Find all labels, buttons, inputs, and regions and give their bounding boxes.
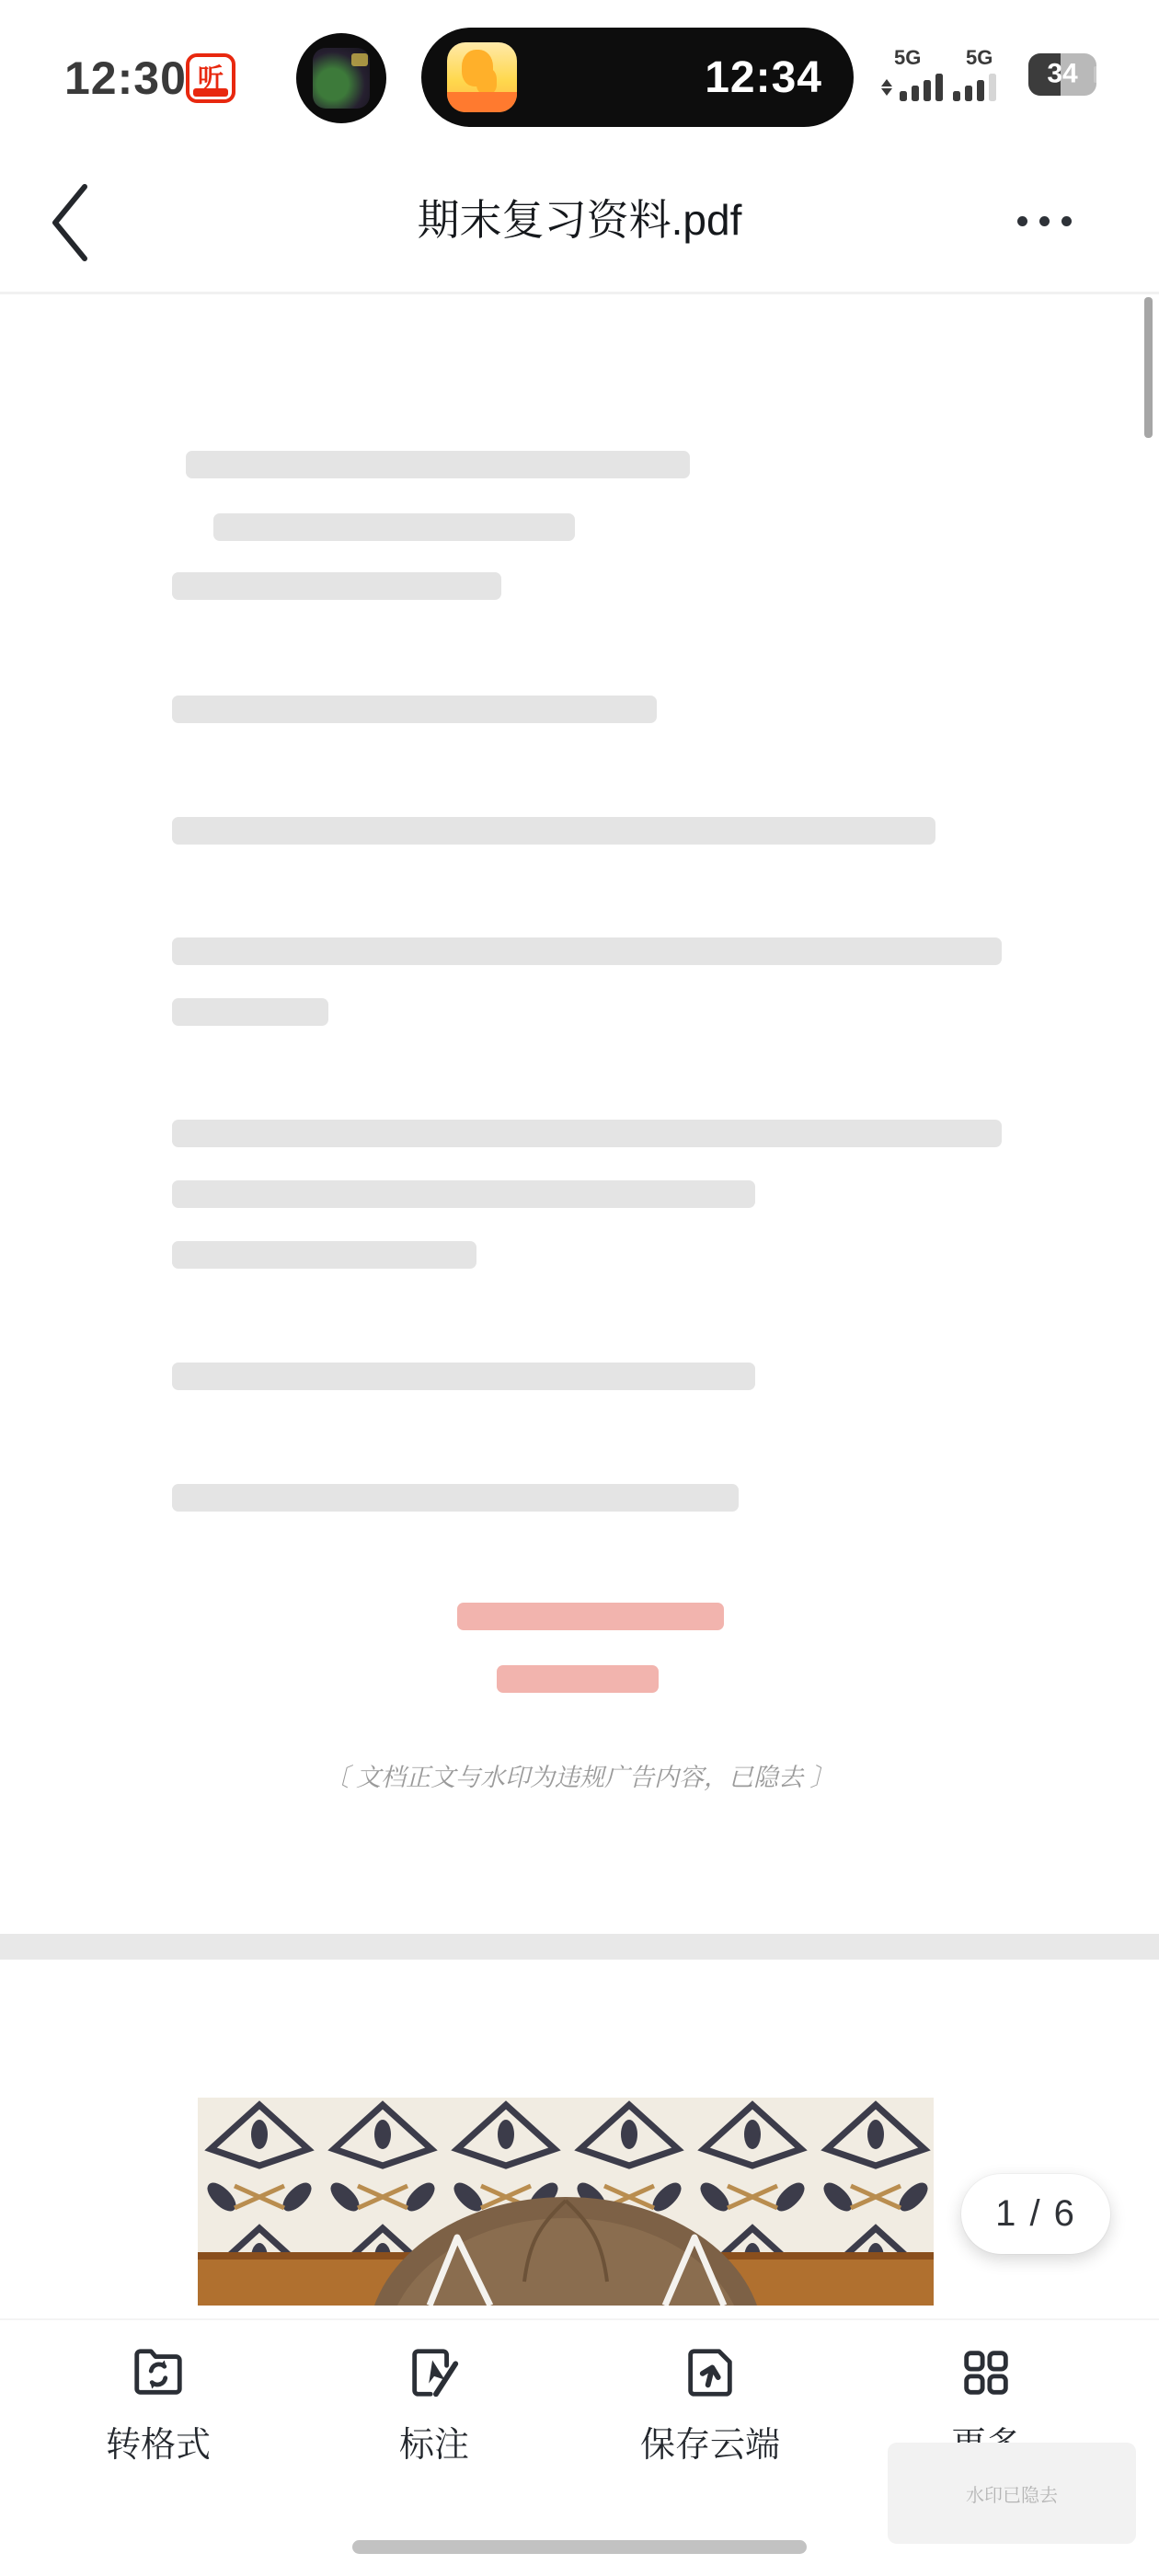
- photo-placeholder: [198, 2098, 934, 2306]
- redacted-text-line: [172, 1484, 739, 1512]
- pdf-page-2: 1 / 6: [0, 1960, 1159, 2318]
- redacted-text-line: [172, 1241, 476, 1269]
- toolbar-label: 标注: [399, 2416, 469, 2467]
- listen-app-status-icon: 听: [186, 53, 235, 103]
- notification-app-avatar[interactable]: [296, 33, 386, 123]
- save-cloud-icon: [682, 2344, 739, 2401]
- toolbar-label: 保存云端: [640, 2416, 780, 2467]
- redaction-notice: 〔 文档正文与水印为违规广告内容，已隐去 〕: [0, 1757, 1159, 1793]
- phone-screen: 12:30 听 12:34 5G 5G 34: [0, 0, 1159, 2576]
- clock-time: 12:30: [64, 52, 187, 105]
- redacted-text-line: [172, 1120, 1002, 1147]
- capsule-timer: 12:34: [705, 52, 822, 103]
- redacted-text-line: [172, 998, 328, 1026]
- ellipsis-icon: [1017, 216, 1027, 226]
- photo-illustration: [198, 2098, 934, 2306]
- more-options-button[interactable]: [993, 189, 1095, 253]
- redacted-text-line: [172, 1180, 755, 1208]
- sim1-network-label: 5G: [894, 48, 943, 68]
- document-title: 期末复习资料.pdf: [0, 187, 1159, 247]
- annotate-icon: [406, 2344, 463, 2401]
- nav-bar: 期末复习资料.pdf: [0, 152, 1159, 294]
- capsule-app-icon: [447, 42, 517, 112]
- pdf-viewer: 〔 文档正文与水印为违规广告内容，已隐去 〕: [0, 294, 1159, 2318]
- redacted-text-line: [186, 451, 690, 478]
- redacted-text-line: [172, 937, 1002, 965]
- data-transfer-arrows-icon: [881, 79, 892, 96]
- redacted-text-line: [172, 1363, 755, 1390]
- status-bar: 12:30 听 12:34 5G 5G 34: [0, 0, 1159, 152]
- convert-format-icon: [130, 2344, 187, 2401]
- redacted-text-line: [172, 696, 657, 723]
- redacted-text-line: [172, 572, 501, 600]
- home-indicator[interactable]: [352, 2540, 807, 2554]
- scrollbar[interactable]: [1144, 297, 1153, 438]
- redacted-text-line: [457, 1603, 724, 1630]
- redacted-text-line: [172, 817, 935, 845]
- page-separator: [0, 1934, 1159, 1960]
- sim2-signal: 5G: [953, 48, 996, 101]
- sim2-network-label: 5G: [966, 48, 996, 68]
- redacted-text-line: [213, 513, 575, 541]
- sim1-signal: 5G: [881, 48, 943, 101]
- pdf-page-1: 〔 文档正文与水印为违规广告内容，已隐去 〕: [0, 294, 1159, 1934]
- page-indicator: 1 / 6: [961, 2174, 1110, 2254]
- annotate-button[interactable]: 标注: [333, 2320, 535, 2502]
- live-activity-capsule[interactable]: 12:34: [421, 28, 854, 127]
- convert-format-button[interactable]: 转格式: [57, 2320, 259, 2502]
- more-grid-icon: [958, 2344, 1015, 2401]
- save-cloud-button[interactable]: 保存云端: [609, 2320, 811, 2502]
- toolbar-label: 转格式: [106, 2416, 211, 2467]
- redacted-text-line: [497, 1665, 659, 1693]
- watermark-redacted: 水印已隐去: [888, 2443, 1136, 2544]
- battery-indicator: 34: [1028, 53, 1096, 96]
